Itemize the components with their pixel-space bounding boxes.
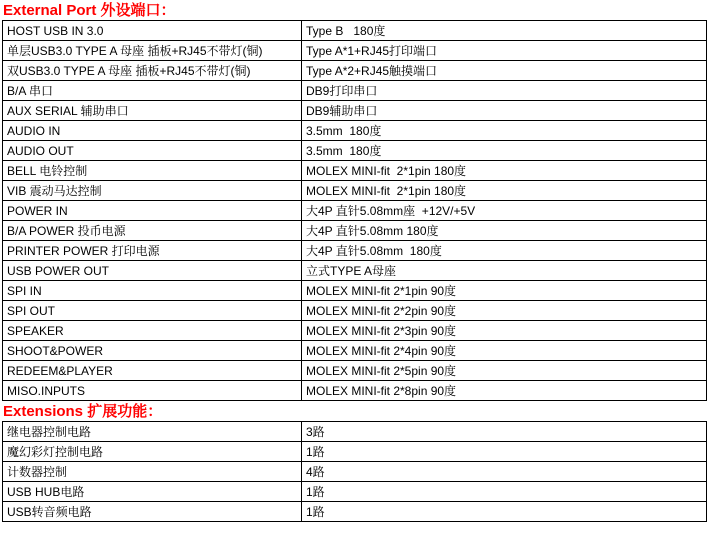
spec-value-cell: MOLEX MINI-fit 2*1pin 180度 (302, 161, 707, 181)
spec-value-cell: 大4P 直针5.08mm 180度 (302, 241, 707, 261)
table-row: MISO.INPUTSMOLEX MINI-fit 2*8pin 90度 (3, 381, 707, 401)
spec-name-cell: SPI IN (3, 281, 302, 301)
spec-value-cell: MOLEX MINI-fit 2*3pin 90度 (302, 321, 707, 341)
spec-value-cell: 4路 (302, 462, 707, 482)
spec-name-cell: SPEAKER (3, 321, 302, 341)
spec-name-cell: BELL 电铃控制 (3, 161, 302, 181)
spec-name-cell: SHOOT&POWER (3, 341, 302, 361)
spec-name-cell: MISO.INPUTS (3, 381, 302, 401)
spec-value-cell: Type A*2+RJ45触摸端口 (302, 61, 707, 81)
spec-sheet: External Port 外设端口： HOST USB IN 3.0Type … (0, 2, 707, 546)
spec-name-cell: HOST USB IN 3.0 (3, 21, 302, 41)
table-row: 继电器控制电路3路 (3, 422, 707, 442)
table-row: SHOOT&POWERMOLEX MINI-fit 2*4pin 90度 (3, 341, 707, 361)
spec-value-cell: 大4P 直针5.08mm座 +12V/+5V (302, 201, 707, 221)
spec-value-cell: 3.5mm 180度 (302, 141, 707, 161)
spec-value-cell: 1路 (302, 482, 707, 502)
spec-value-cell: 立式TYPE A母座 (302, 261, 707, 281)
spec-name-cell: VIB 震动马达控制 (3, 181, 302, 201)
table-row: POWER IN大4P 直针5.08mm座 +12V/+5V (3, 201, 707, 221)
spec-name-cell: POWER IN (3, 201, 302, 221)
table-row: HOST USB IN 3.0Type B 180度 (3, 21, 707, 41)
spec-name-cell: 单层USB3.0 TYPE A 母座 插板+RJ45不带灯(铜) (3, 41, 302, 61)
table-row: AUX SERIAL 辅助串口DB9辅助串口 (3, 101, 707, 121)
spec-name-cell: 计数器控制 (3, 462, 302, 482)
section-title-external-port: External Port 外设端口： (3, 2, 707, 19)
spec-value-cell: 3路 (302, 422, 707, 442)
table-row: AUDIO IN3.5mm 180度 (3, 121, 707, 141)
spec-value-cell: Type A*1+RJ45打印端口 (302, 41, 707, 61)
table-row: 计数器控制4路 (3, 462, 707, 482)
table-row: 双USB3.0 TYPE A 母座 插板+RJ45不带灯(铜)Type A*2+… (3, 61, 707, 81)
table-row: USB HUB电路1路 (3, 482, 707, 502)
spec-name-cell: AUDIO OUT (3, 141, 302, 161)
spec-value-cell: DB9打印串口 (302, 81, 707, 101)
table-row: USB转音频电路1路 (3, 502, 707, 522)
spec-value-cell: 3.5mm 180度 (302, 121, 707, 141)
spec-name-cell: USB转音频电路 (3, 502, 302, 522)
section-title-extensions: Extensions 扩展功能： (3, 403, 707, 420)
table-row: BELL 电铃控制MOLEX MINI-fit 2*1pin 180度 (3, 161, 707, 181)
spec-value-cell: Type B 180度 (302, 21, 707, 41)
spec-value-cell: 1路 (302, 442, 707, 462)
table-row: USB POWER OUT立式TYPE A母座 (3, 261, 707, 281)
table-row: VIB 震动马达控制MOLEX MINI-fit 2*1pin 180度 (3, 181, 707, 201)
spec-name-cell: 继电器控制电路 (3, 422, 302, 442)
table-row: PRINTER POWER 打印电源大4P 直针5.08mm 180度 (3, 241, 707, 261)
spec-name-cell: AUDIO IN (3, 121, 302, 141)
spec-name-cell: 魔幻彩灯控制电路 (3, 442, 302, 462)
table-row: 魔幻彩灯控制电路1路 (3, 442, 707, 462)
spec-value-cell: 1路 (302, 502, 707, 522)
spec-value-cell: MOLEX MINI-fit 2*8pin 90度 (302, 381, 707, 401)
spec-value-cell: MOLEX MINI-fit 2*2pin 90度 (302, 301, 707, 321)
spec-name-cell: B/A 串口 (3, 81, 302, 101)
table-row: B/A 串口DB9打印串口 (3, 81, 707, 101)
table-row: REDEEM&PLAYERMOLEX MINI-fit 2*5pin 90度 (3, 361, 707, 381)
spec-value-cell: MOLEX MINI-fit 2*5pin 90度 (302, 361, 707, 381)
spec-value-cell: MOLEX MINI-fit 2*1pin 180度 (302, 181, 707, 201)
table-row: SPI INMOLEX MINI-fit 2*1pin 90度 (3, 281, 707, 301)
spec-name-cell: AUX SERIAL 辅助串口 (3, 101, 302, 121)
external-port-table: HOST USB IN 3.0Type B 180度单层USB3.0 TYPE … (2, 20, 707, 401)
table-row: AUDIO OUT3.5mm 180度 (3, 141, 707, 161)
spec-value-cell: DB9辅助串口 (302, 101, 707, 121)
spec-name-cell: 双USB3.0 TYPE A 母座 插板+RJ45不带灯(铜) (3, 61, 302, 81)
table-row: B/A POWER 投币电源大4P 直针5.08mm 180度 (3, 221, 707, 241)
spec-value-cell: MOLEX MINI-fit 2*4pin 90度 (302, 341, 707, 361)
extensions-table: 继电器控制电路3路魔幻彩灯控制电路1路计数器控制4路USB HUB电路1路USB… (2, 421, 707, 522)
spec-name-cell: REDEEM&PLAYER (3, 361, 302, 381)
spec-value-cell: MOLEX MINI-fit 2*1pin 90度 (302, 281, 707, 301)
table-row: 单层USB3.0 TYPE A 母座 插板+RJ45不带灯(铜)Type A*1… (3, 41, 707, 61)
table-row: SPI OUTMOLEX MINI-fit 2*2pin 90度 (3, 301, 707, 321)
spec-name-cell: USB HUB电路 (3, 482, 302, 502)
spec-value-cell: 大4P 直针5.08mm 180度 (302, 221, 707, 241)
spec-name-cell: USB POWER OUT (3, 261, 302, 281)
spec-name-cell: SPI OUT (3, 301, 302, 321)
spec-name-cell: B/A POWER 投币电源 (3, 221, 302, 241)
table-row: SPEAKERMOLEX MINI-fit 2*3pin 90度 (3, 321, 707, 341)
spec-name-cell: PRINTER POWER 打印电源 (3, 241, 302, 261)
